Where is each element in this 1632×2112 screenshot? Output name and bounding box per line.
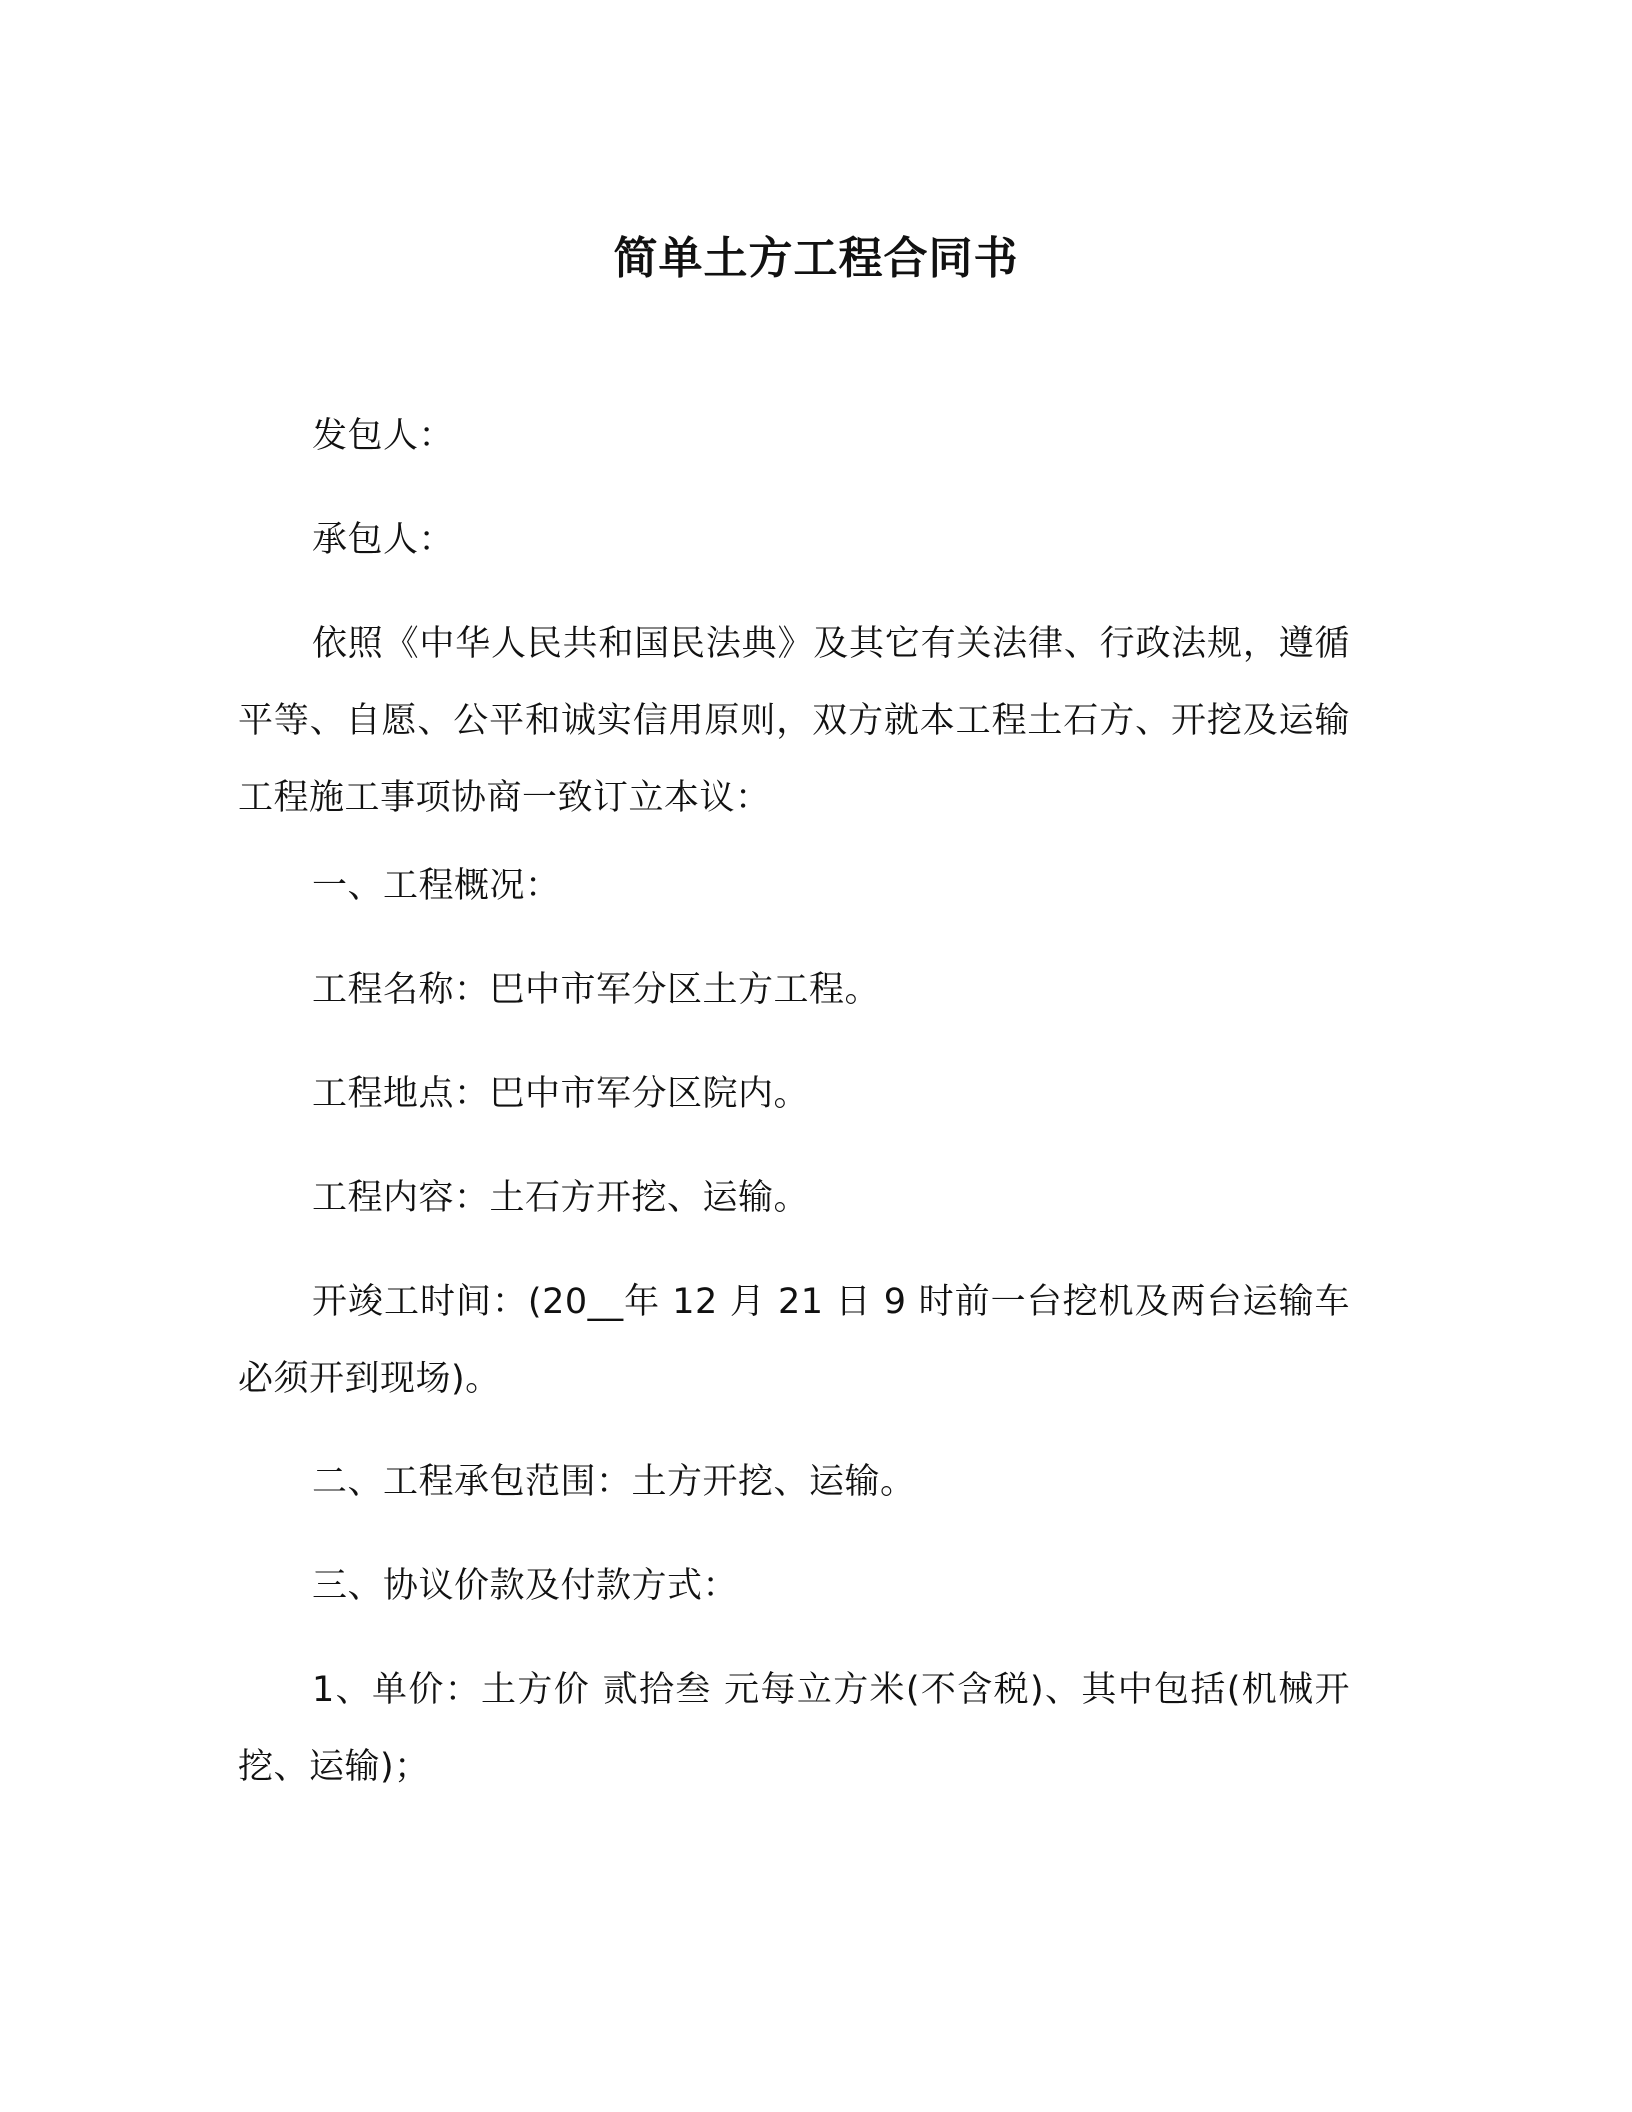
employer-line: 发包人： bbox=[238, 398, 1350, 475]
document-page: 简单土方工程合同书 发包人： 承包人： 依照《中华人民共和国民法典》及其它有关法… bbox=[0, 0, 1632, 2112]
schedule-paragraph: 开竣工时间：(20__年 12 月 21 日 9 时前一台挖机及两台运输车必须开… bbox=[238, 1264, 1350, 1418]
project-content-line: 工程内容：土石方开挖、运输。 bbox=[238, 1160, 1350, 1237]
contractor-line: 承包人： bbox=[238, 502, 1350, 579]
unit-price-paragraph: 1、单价：土方价 贰拾叁 元每立方米(不含税)、其中包括(机械开挖、运输)； bbox=[238, 1652, 1350, 1806]
project-name-line: 工程名称：巴中市军分区土方工程。 bbox=[238, 952, 1350, 1029]
preamble-paragraph: 依照《中华人民共和国民法典》及其它有关法律、行政法规，遵循平等、自愿、公平和诚实… bbox=[238, 606, 1350, 837]
section-3-heading: 三、协议价款及付款方式： bbox=[238, 1548, 1350, 1625]
section-1-heading: 一、工程概况： bbox=[238, 848, 1350, 925]
document-title: 简单土方工程合同书 bbox=[0, 222, 1632, 286]
section-2-scope: 二、工程承包范围：土方开挖、运输。 bbox=[238, 1444, 1350, 1521]
project-location-line: 工程地点：巴中市军分区院内。 bbox=[238, 1056, 1350, 1133]
